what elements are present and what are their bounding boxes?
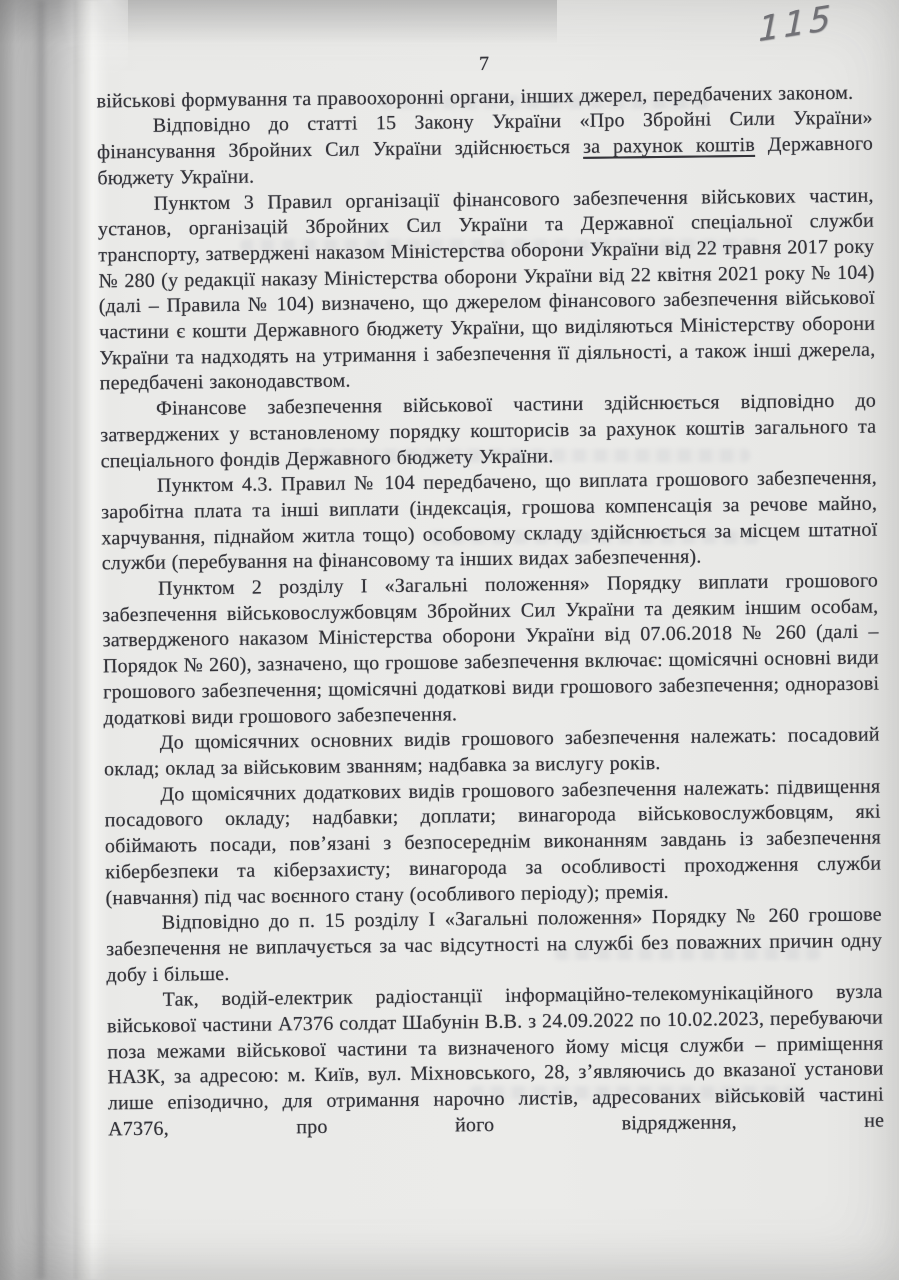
scan-top-shadow (0, 0, 557, 44)
paragraph: Пунктом 4.3. Правил № 104 передбачено, щ… (101, 466, 878, 578)
paragraph: Пунктом 2 розділу І «Загальні положення»… (102, 569, 880, 732)
page-number: 7 (96, 48, 872, 83)
text-segment: Пунктом 3 Правил організації фінансового… (98, 184, 876, 395)
paragraph: Так, водій-електрик радіостанції інформа… (107, 980, 885, 1143)
text-segment: Фінансове забезпечення військової частин… (100, 390, 876, 472)
text-segment: Пунктом 4.3. Правил № 104 передбачено, щ… (101, 467, 877, 575)
text-segment: Відповідно до п. 15 розділу І «Загальні … (106, 904, 882, 986)
scanned-document-page: 115 7 військові формування та правоохоро… (0, 0, 899, 1280)
paragraph: Відповідно до п. 15 розділу І «Загальні … (106, 903, 883, 989)
document-body: військові формування та правоохоронні ор… (96, 80, 884, 1143)
paragraph: Фінансове забезпечення військової частин… (100, 389, 877, 475)
underlined-text: за рахунок коштів (583, 134, 755, 158)
paragraph: Відповідно до статті 15 Закону України «… (97, 106, 874, 192)
handwritten-page-number: 115 (758, 0, 835, 50)
paragraph: Пунктом 3 Правил організації фінансового… (98, 183, 876, 397)
text-segment: До щомісячних основних видів грошового з… (104, 724, 880, 781)
document-text-column: 7 військові формування та правоохоронні … (96, 48, 884, 1143)
text-segment: Так, водій-електрик радіостанції інформа… (107, 981, 884, 1140)
text-segment: До щомісячних додаткових видів грошового… (105, 775, 882, 909)
paragraph: До щомісячних основних видів грошового з… (104, 723, 881, 783)
paragraph: До щомісячних додаткових видів грошового… (104, 774, 881, 911)
binding-seam-shadow (34, 0, 48, 1280)
text-segment: Пунктом 2 розділу І «Загальні положення»… (102, 570, 879, 729)
